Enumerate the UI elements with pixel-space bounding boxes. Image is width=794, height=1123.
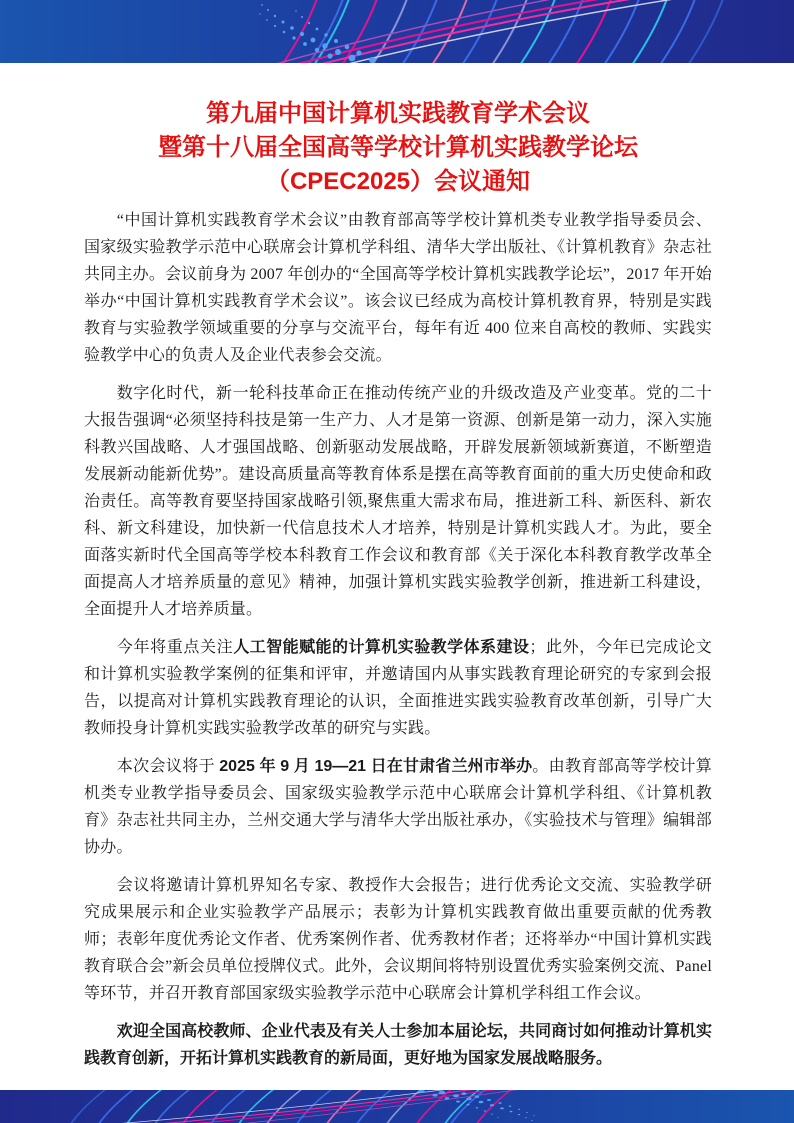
title-line-1: 第九届中国计算机实践教育学术会议 bbox=[84, 97, 712, 131]
text-run-bold: 人工智能赋能的计算机实验教学体系建设 bbox=[233, 639, 529, 656]
paragraph-this-year-focus: 今年将重点关注人工智能赋能的计算机实验教学体系建设；此外，今年已完成论文和计算机… bbox=[84, 634, 712, 742]
text-run: 本次会议将于 bbox=[117, 758, 219, 775]
text-run: “中国计算机实践教育学术会议”由教育部高等学校计算机类专业教学指导委员会、国家级… bbox=[84, 212, 712, 364]
title-line-2: 暨第十八届全国高等学校计算机实践教学论坛 bbox=[84, 131, 712, 165]
header-banner bbox=[0, 0, 794, 63]
paragraph-background: 数字化时代，新一轮科技革命正在推动传统产业的升级改造及产业变革。党的二十大报告强… bbox=[84, 380, 712, 623]
text-run-bold: 欢迎全国高校教师、企业代表及有关人士参加本届论坛，共同商讨如何推动计算机实践教育… bbox=[84, 1023, 712, 1067]
text-run: 数字化时代，新一轮科技革命正在推动传统产业的升级改造及产业变革。党的二十大报告强… bbox=[84, 385, 712, 618]
document-content: 第九届中国计算机实践教育学术会议 暨第十八届全国高等学校计算机实践教学论坛 （C… bbox=[0, 63, 794, 1083]
conference-title: 第九届中国计算机实践教育学术会议 暨第十八届全国高等学校计算机实践教学论坛 （C… bbox=[84, 97, 712, 199]
paragraph-program-overview: 会议将邀请计算机界知名专家、教授作大会报告；进行优秀论文交流、实验教学研究成果展… bbox=[84, 872, 712, 1007]
footer-banner bbox=[0, 1090, 794, 1123]
text-run: 今年将重点关注 bbox=[117, 639, 234, 656]
paragraph-venue-and-hosts: 本次会议将于 2025 年 9 月 19—21 日在甘肃省兰州市举办。由教育部高… bbox=[84, 753, 712, 861]
paragraph-intro-organizers: “中国计算机实践教育学术会议”由教育部高等学校计算机类专业教学指导委员会、国家级… bbox=[84, 207, 712, 369]
paragraph-welcome-invitation: 欢迎全国高校教师、企业代表及有关人士参加本届论坛，共同商讨如何推动计算机实践教育… bbox=[84, 1018, 712, 1072]
footer-decoration-graphic bbox=[0, 1090, 794, 1123]
text-run-bold: 2025 年 9 月 19—21 日在甘肃省兰州市举办 bbox=[219, 758, 532, 775]
title-line-3: （CPEC2025）会议通知 bbox=[84, 165, 712, 199]
header-decoration-graphic bbox=[0, 0, 794, 63]
text-run: 会议将邀请计算机界知名专家、教授作大会报告；进行优秀论文交流、实验教学研究成果展… bbox=[84, 877, 712, 1002]
document-page: 第九届中国计算机实践教育学术会议 暨第十八届全国高等学校计算机实践教学论坛 （C… bbox=[0, 0, 794, 1123]
